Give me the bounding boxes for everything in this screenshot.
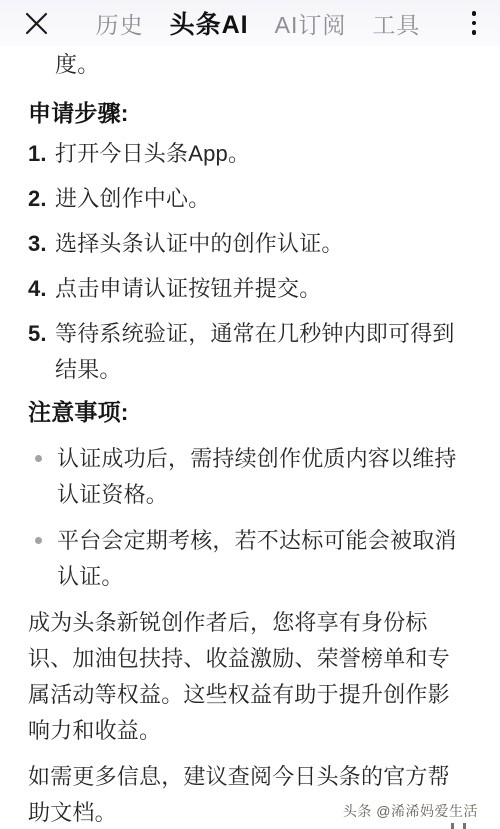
tab-ai-subscription[interactable]: AI订阅 — [275, 7, 347, 40]
list-item: 认证成功后，需持续创作优质内容以维持认证资格。 — [28, 441, 470, 513]
step-text: 点击申请认证按钮并提交。 — [55, 271, 470, 307]
step-number: 3. — [28, 226, 55, 262]
tab-history[interactable]: 历史 — [96, 7, 144, 40]
top-bar: 历史 头条AI AI订阅 工具 — [0, 0, 500, 46]
tab-tools[interactable]: 工具 — [372, 7, 420, 40]
note-text: 平台会定期考核，若不达标可能会被取消认证。 — [57, 523, 470, 595]
step-number: 5. — [28, 316, 55, 388]
step-text: 选择头条认证中的创作认证。 — [55, 226, 470, 262]
close-icon — [23, 10, 50, 37]
list-item: 2. 进入创作中心。 — [28, 181, 470, 217]
partial-text-line: 度。 — [28, 50, 470, 80]
list-item: 1. 打开今日头条App。 — [28, 136, 470, 172]
bullet-icon — [35, 537, 42, 544]
steps-heading: 申请步骤: — [28, 98, 470, 128]
cutoff-glyph-marks — [451, 823, 466, 829]
bullet-icon — [35, 455, 42, 462]
step-number: 1. — [28, 136, 55, 172]
list-item: 4. 点击申请认证按钮并提交。 — [28, 271, 470, 307]
list-item: 3. 选择头条认证中的创作认证。 — [28, 226, 470, 262]
list-item: 平台会定期考核，若不达标可能会被取消认证。 — [28, 523, 470, 595]
step-text: 进入创作中心。 — [55, 181, 470, 217]
step-number: 4. — [28, 271, 55, 307]
note-text: 认证成功后，需持续创作优质内容以维持认证资格。 — [57, 441, 470, 513]
toutiao-ai-page: 历史 头条AI AI订阅 工具 度。 申请步骤: 1. 打开今日头条App。 2… — [0, 0, 500, 829]
answer-content: 度。 申请步骤: 1. 打开今日头条App。 2. 进入创作中心。 3. 选择头… — [0, 46, 500, 829]
notes-heading: 注意事项: — [28, 397, 470, 427]
step-text: 打开今日头条App。 — [55, 136, 470, 172]
tab-toutiao-ai[interactable]: 头条AI — [170, 5, 249, 41]
list-item: 5. 等待系统验证，通常在几秒钟内即可得到结果。 — [28, 316, 470, 388]
kebab-menu-icon[interactable] — [464, 6, 484, 40]
watermark: 头条 @浠浠妈爱生活 — [343, 801, 478, 821]
close-button[interactable] — [20, 7, 52, 39]
tab-bar: 历史 头条AI AI订阅 工具 — [52, 5, 464, 41]
step-text: 等待系统验证，通常在几秒钟内即可得到结果。 — [55, 316, 470, 388]
benefits-paragraph: 成为头条新锐创作者后，您将享有身份标识、加油包扶持、收益激励、荣誉榜单和专属活动… — [28, 605, 470, 749]
step-number: 2. — [28, 181, 55, 217]
